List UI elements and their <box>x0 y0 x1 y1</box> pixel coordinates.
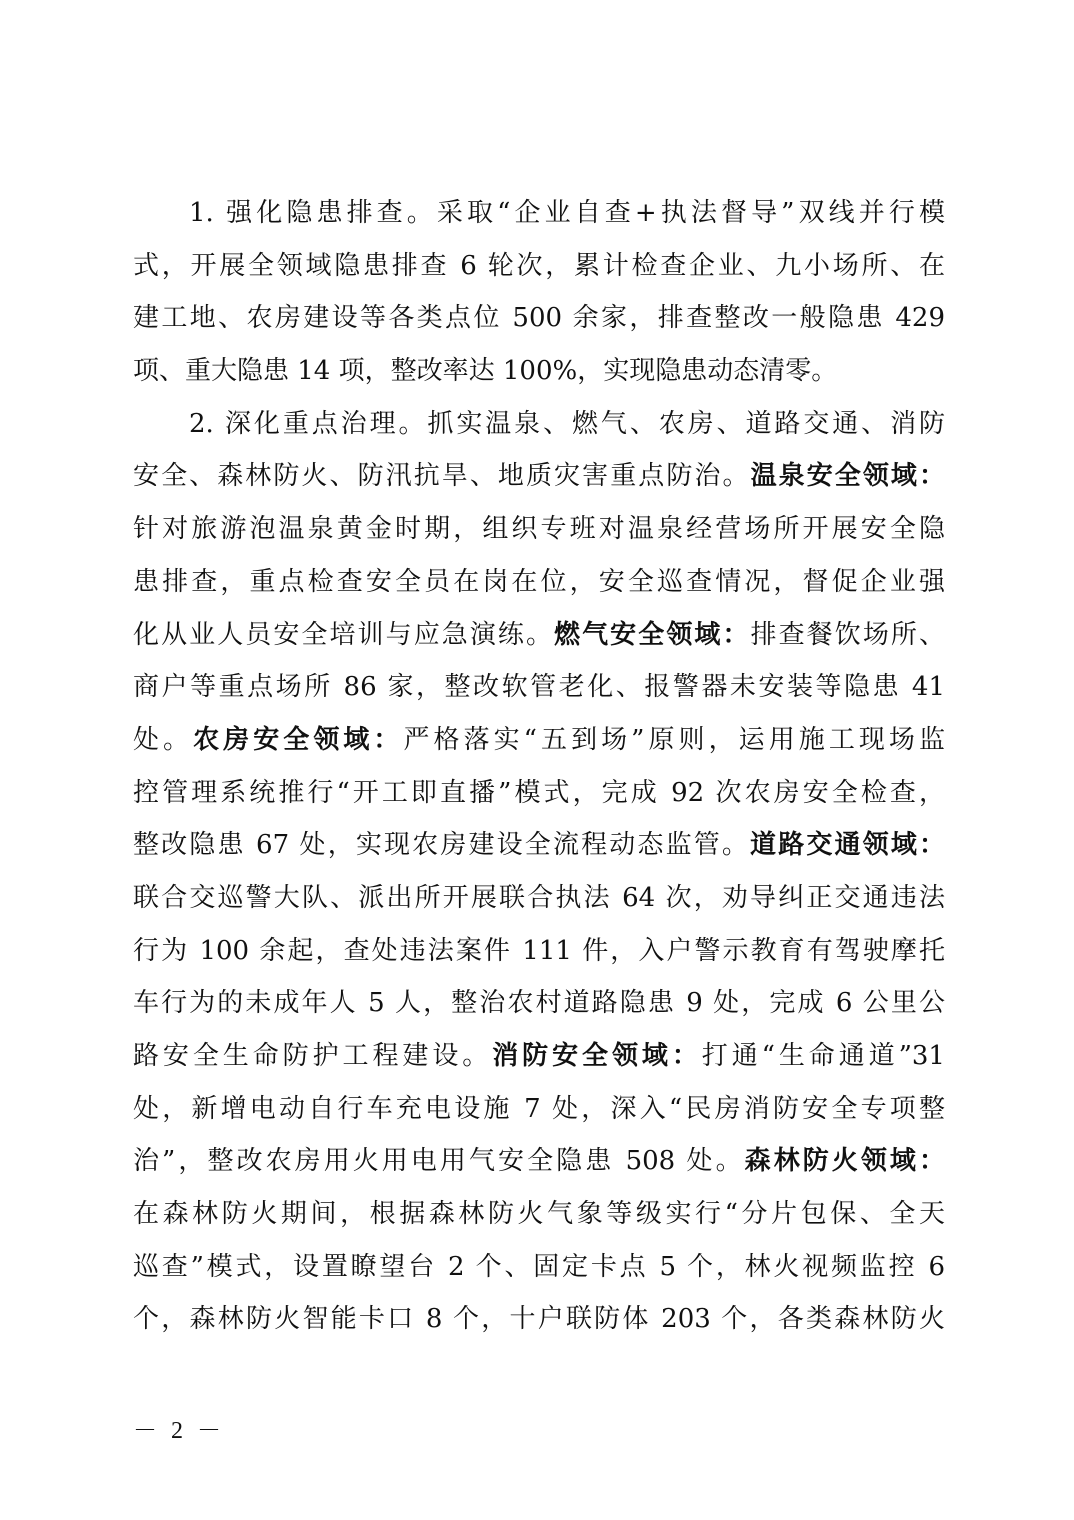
paragraph-2-line-16: 在森林防火期间，根据森林防火气象等级实行“分片包保、全天 <box>133 1188 945 1241</box>
section-heading-hot-spring-safety: 温泉安全领域： <box>751 461 945 491</box>
paragraph-2-line-5: 化从业人员安全培训与应急演练。燃气安全领域：排查餐饮场所、 <box>133 609 945 662</box>
text-segment: 化从业人员安全培训与应急演练。 <box>133 620 554 650</box>
document-body: 1. 强化隐患排查。采取“企业自查+执法督导”双线并行模 式，开展全领域隐患排查… <box>133 187 945 1346</box>
paragraph-2-line-18: 个，森林防火智能卡口 8 个，十户联防体 203 个，各类森林防火 <box>133 1293 945 1346</box>
text-segment: 式，开展全领域隐患排查 6 轮次，累计检查企业、九小场所、在 <box>133 251 945 281</box>
text-segment: 路安全生命防护工程建设。 <box>133 1041 492 1071</box>
text-segment: 联合交巡警大队、派出所开展联合执法 64 次，劝导纠正交通违法 <box>133 883 945 913</box>
paragraph-2-line-10: 联合交巡警大队、派出所开展联合执法 64 次，劝导纠正交通违法 <box>133 872 945 925</box>
text-segment: 打通“生命通道”31 <box>702 1041 945 1071</box>
paragraph-1-line-2: 式，开展全领域隐患排查 6 轮次，累计检查企业、九小场所、在 <box>133 240 945 293</box>
paragraph-2-line-11: 行为 100 余起，查处违法案件 111 件，入户警示教育有驾驶摩托 <box>133 925 945 978</box>
text-segment: 整改隐患 67 处，实现农房建设全流程动态监管。 <box>133 830 750 860</box>
text-segment: 巡查”模式，设置瞭望台 2 个、固定卡点 5 个，林火视频监控 6 <box>133 1252 945 1282</box>
text-segment: 针对旅游泡温泉黄金时期，组织专班对温泉经营场所开展安全隐 <box>133 514 945 544</box>
paragraph-2-line-15: 治”，整改农房用火用电用气安全隐患 508 处。森林防火领域： <box>133 1135 945 1188</box>
text-segment: 2. 深化重点治理。抓实温泉、燃气、农房、道路交通、消防 <box>189 409 945 439</box>
paragraph-2-line-6: 商户等重点场所 86 家，整改软管老化、报警器未安装等隐患 41 <box>133 661 945 714</box>
page-number: － 2 － <box>133 1410 225 1445</box>
section-heading-gas-safety: 燃气安全领域： <box>554 620 751 650</box>
paragraph-2-line-7: 处。农房安全领域：严格落实“五到场”原则，运用施工现场监 <box>133 714 945 767</box>
text-segment: 建工地、农房建设等各类点位 500 余家，排查整改一般隐患 429 <box>133 303 945 333</box>
paragraph-2-line-9: 整改隐患 67 处，实现农房建设全流程动态监管。道路交通领域： <box>133 819 945 872</box>
text-segment: 商户等重点场所 86 家，整改软管老化、报警器未安装等隐患 41 <box>133 672 945 702</box>
paragraph-2-line-4: 患排查，重点检查安全员在岗在位，安全巡查情况，督促企业强 <box>133 556 945 609</box>
paragraph-2-line-2: 安全、森林防火、防汛抗旱、地质灾害重点防治。温泉安全领域： <box>133 450 945 503</box>
section-heading-fire-safety: 消防安全领域： <box>492 1041 702 1071</box>
paragraph-2-line-3: 针对旅游泡温泉黄金时期，组织专班对温泉经营场所开展安全隐 <box>133 503 945 556</box>
paragraph-1-line-1: 1. 强化隐患排查。采取“企业自查+执法督导”双线并行模 <box>133 187 945 240</box>
section-heading-rural-housing-safety: 农房安全领域： <box>193 725 403 755</box>
paragraph-1-line-3: 建工地、农房建设等各类点位 500 余家，排查整改一般隐患 429 <box>133 292 945 345</box>
text-segment: 治”，整改农房用火用电用气安全隐患 508 处。 <box>133 1146 745 1176</box>
text-segment: 患排查，重点检查安全员在岗在位，安全巡查情况，督促企业强 <box>133 567 945 597</box>
section-heading-road-traffic: 道路交通领域： <box>750 830 945 860</box>
paragraph-1-line-4: 项、重大隐患 14 项，整改率达 100%，实现隐患动态清零。 <box>133 345 945 398</box>
paragraph-2-line-12: 车行为的未成年人 5 人，整治农村道路隐患 9 处，完成 6 公里公 <box>133 977 945 1030</box>
text-segment: 处，新增电动自行车充电设施 7 处，深入“民房消防安全专项整 <box>133 1094 945 1124</box>
text-segment: 车行为的未成年人 5 人，整治农村道路隐患 9 处，完成 6 公里公 <box>133 988 945 1018</box>
paragraph-2-line-17: 巡查”模式，设置瞭望台 2 个、固定卡点 5 个，林火视频监控 6 <box>133 1241 945 1294</box>
text-segment: 行为 100 余起，查处违法案件 111 件，入户警示教育有驾驶摩托 <box>133 936 945 966</box>
text-segment: 处。 <box>133 725 193 755</box>
text-segment: 排查餐饮场所、 <box>751 620 945 650</box>
text-segment: 安全、森林防火、防汛抗旱、地质灾害重点防治。 <box>133 461 751 491</box>
text-segment: 1. 强化隐患排查。采取“企业自查+执法督导”双线并行模 <box>189 198 945 228</box>
paragraph-2-line-1: 2. 深化重点治理。抓实温泉、燃气、农房、道路交通、消防 <box>133 398 945 451</box>
text-segment: 在森林防火期间，根据森林防火气象等级实行“分片包保、全天 <box>133 1199 945 1229</box>
text-segment: 项、重大隐患 14 项，整改率达 100%，实现隐患动态清零。 <box>133 356 837 386</box>
section-heading-forest-fire-prevention: 森林防火领域： <box>745 1146 945 1176</box>
paragraph-2-line-14: 处，新增电动自行车充电设施 7 处，深入“民房消防安全专项整 <box>133 1083 945 1136</box>
paragraph-2-line-8: 控管理系统推行“开工即直播”模式，完成 92 次农房安全检查， <box>133 767 945 820</box>
text-segment: 控管理系统推行“开工即直播”模式，完成 92 次农房安全检查， <box>133 778 945 808</box>
document-page: 1. 强化隐患排查。采取“企业自查+执法督导”双线并行模 式，开展全领域隐患排查… <box>0 0 1074 1520</box>
text-segment: 严格落实“五到场”原则，运用施工现场监 <box>403 725 945 755</box>
paragraph-2-line-13: 路安全生命防护工程建设。消防安全领域：打通“生命通道”31 <box>133 1030 945 1083</box>
text-segment: 个，森林防火智能卡口 8 个，十户联防体 203 个，各类森林防火 <box>133 1304 945 1334</box>
